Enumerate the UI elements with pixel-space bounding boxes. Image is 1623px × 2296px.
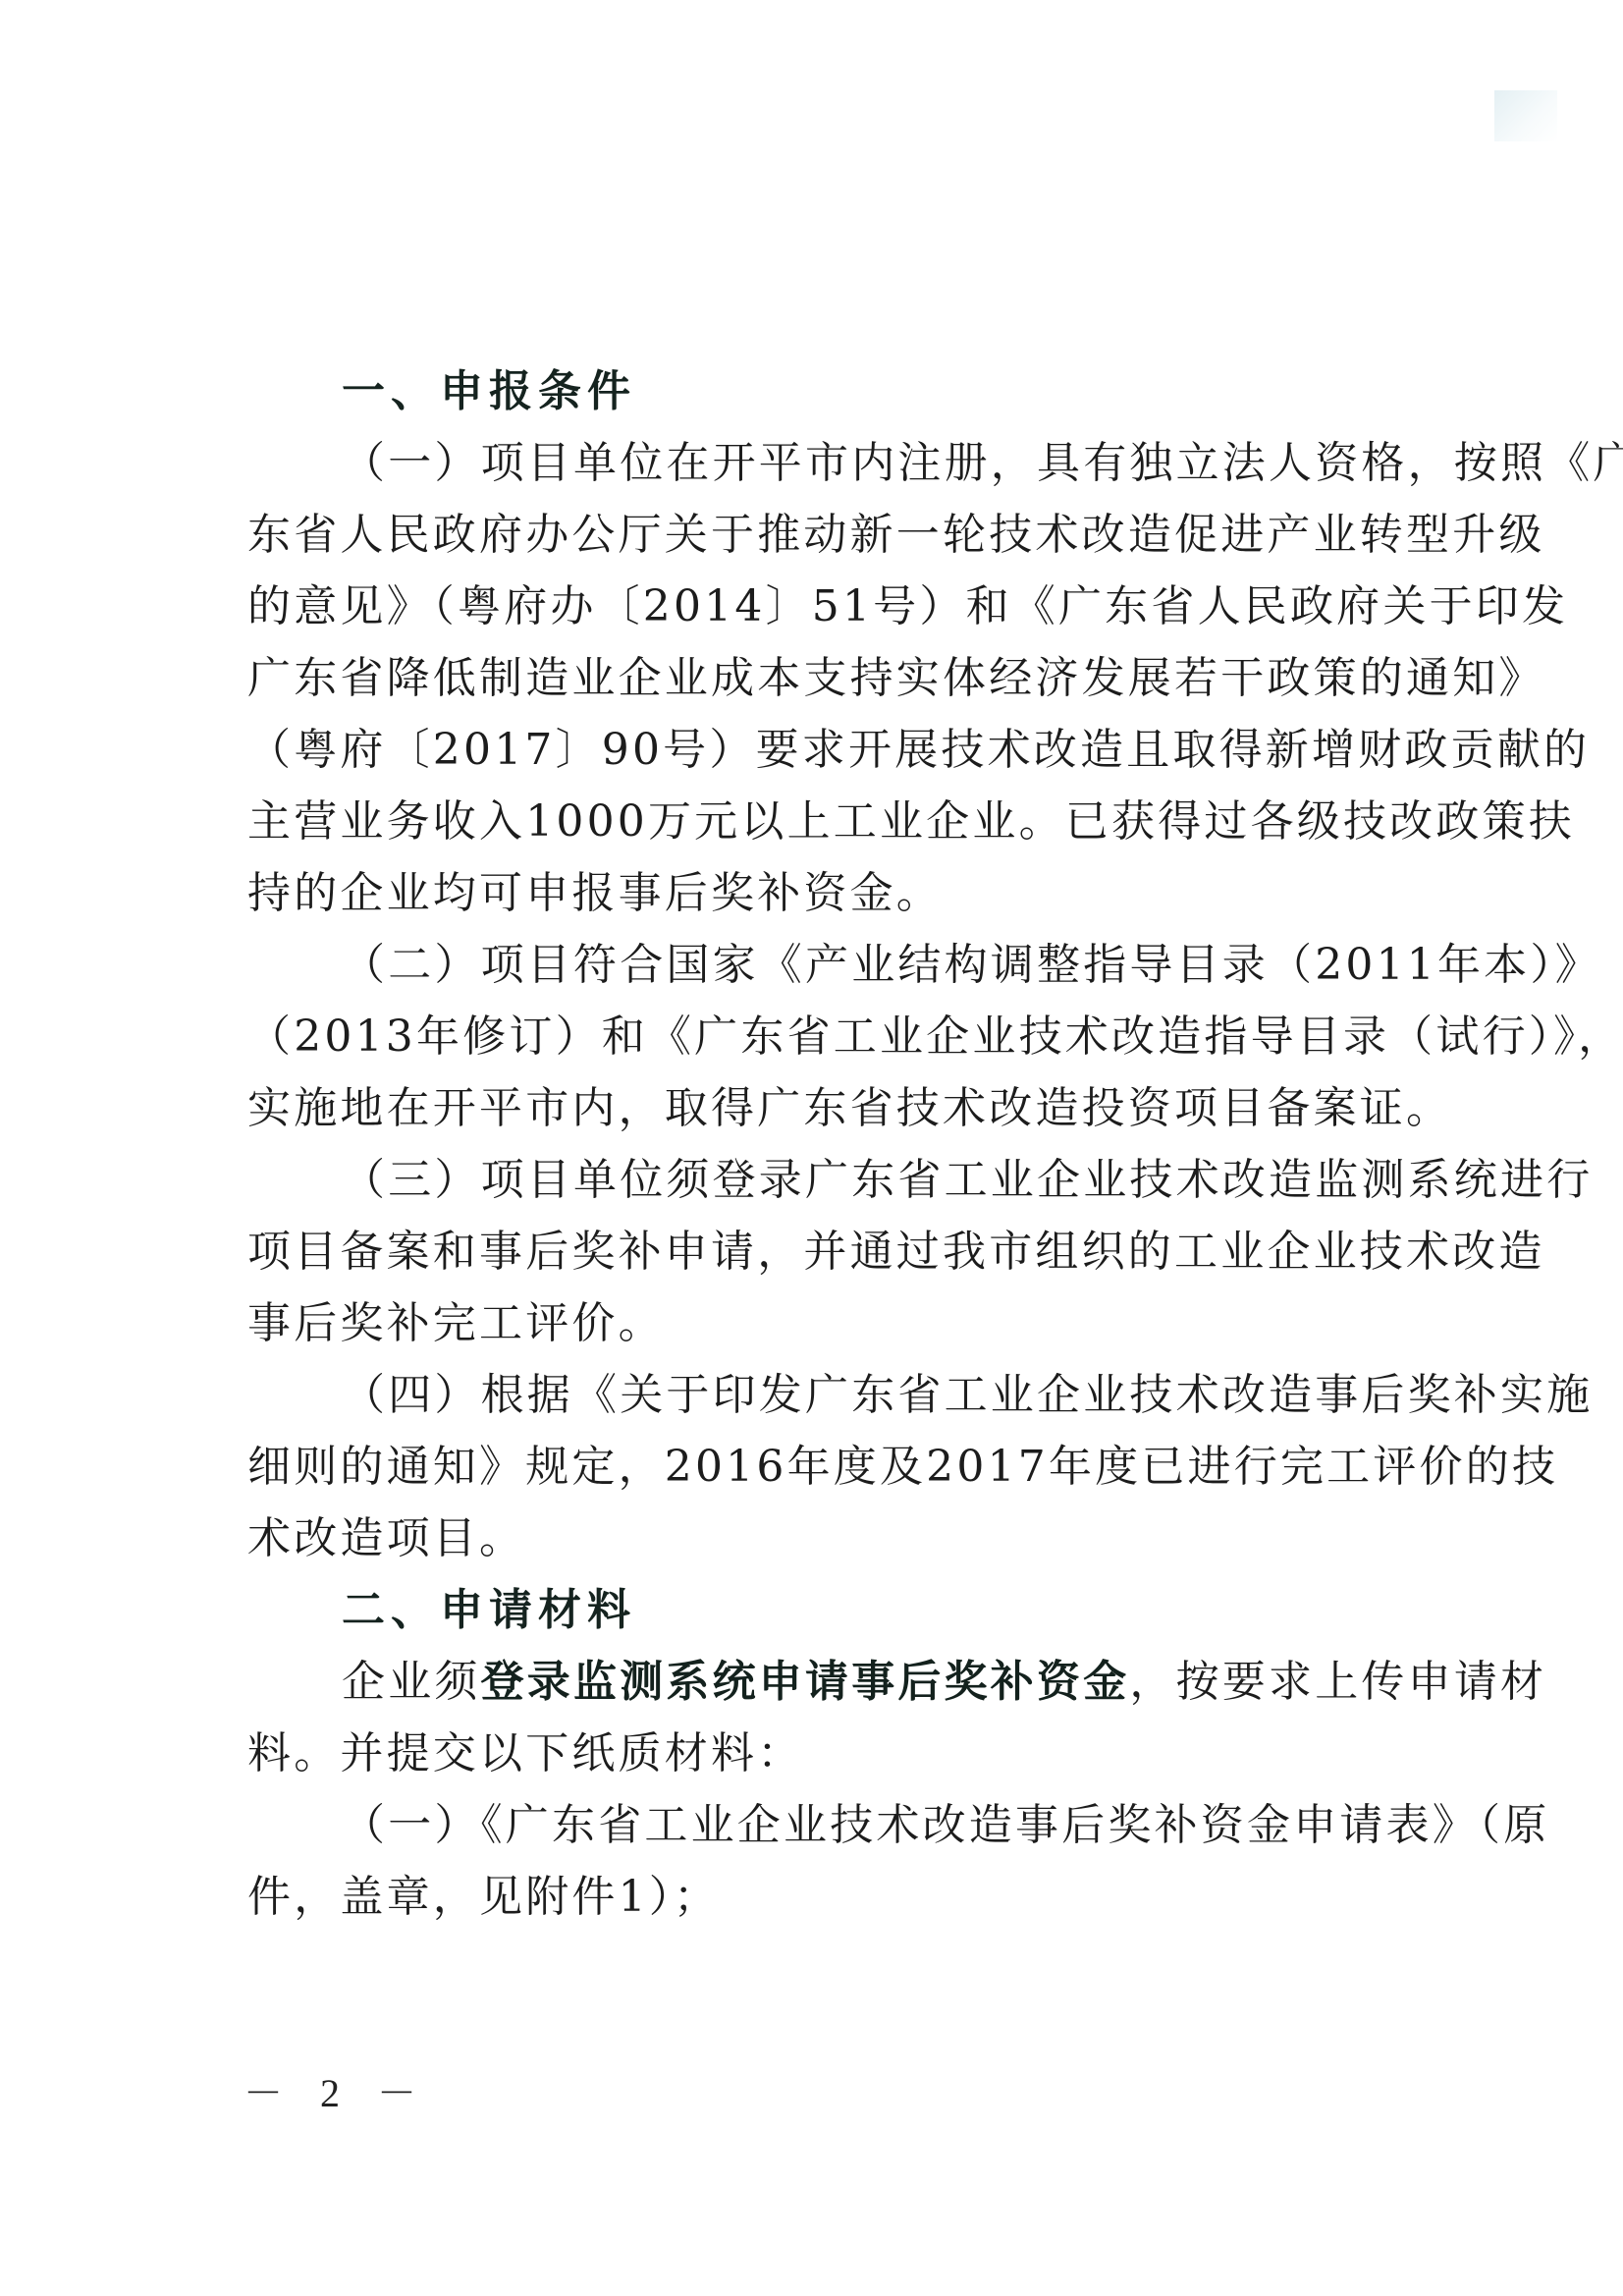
paragraph-material-1: （一）《广东省工业企业技术改造事后奖补资金申请表》（原 件，盖章，见附件1）； — [247, 1789, 1379, 1933]
text-line: 事后奖补完工评价。 — [247, 1287, 1379, 1359]
text-line: （三）项目单位须登录广东省工业企业技术改造监测系统进行 — [247, 1144, 1379, 1216]
text-line: 细则的通知》规定，2016年度及2017年度已进行完工评价的技 — [247, 1431, 1379, 1503]
intro-suffix: ，按要求上传申请材 — [1129, 1657, 1546, 1707]
text-line: 企业须登录监测系统申请事后奖补资金，按要求上传申请材 — [247, 1646, 1379, 1718]
text-line: 料。并提交以下纸质材料： — [247, 1718, 1379, 1789]
text-line: （二）项目符合国家《产业结构调整指导目录（2011年本）》 — [247, 929, 1379, 1001]
document-body: 一、申报条件 （一）项目单位在开平市内注册，具有独立法人资格，按照《广 东省人民… — [247, 355, 1379, 1933]
text-line: （粤府〔2017〕90号）要求开展技术改造且取得新增财政贡献的 — [247, 714, 1379, 786]
section-heading-application-materials: 二、申请材料 — [247, 1574, 1379, 1646]
text-line: 广东省降低制造业企业成本支持实体经济发展若干政策的通知》 — [247, 642, 1379, 714]
text-line: 主营业务收入1000万元以上工业企业。已获得过各级技改政策扶 — [247, 786, 1379, 857]
text-line: （一）项目单位在开平市内注册，具有独立法人资格，按照《广 — [247, 427, 1379, 499]
paragraph-condition-3: （三）项目单位须登录广东省工业企业技术改造监测系统进行 项目备案和事后奖补申请，… — [247, 1144, 1379, 1359]
text-line: （2013年修订）和《广东省工业企业技术改造指导目录（试行）》， — [247, 1001, 1379, 1072]
intro-emphasis: 登录监测系统申请事后奖补资金 — [481, 1657, 1130, 1707]
paragraph-condition-4: （四）根据《关于印发广东省工业企业技术改造事后奖补实施 细则的通知》规定，201… — [247, 1359, 1379, 1574]
paragraph-materials-intro: 企业须登录监测系统申请事后奖补资金，按要求上传申请材 料。并提交以下纸质材料： — [247, 1646, 1379, 1789]
document-page: 一、申报条件 （一）项目单位在开平市内注册，具有独立法人资格，按照《广 东省人民… — [0, 0, 1623, 2296]
text-line: 持的企业均可申报事后奖补资金。 — [247, 857, 1379, 929]
paragraph-condition-2: （二）项目符合国家《产业结构调整指导目录（2011年本）》 （2013年修订）和… — [247, 929, 1379, 1144]
page-number: － 2 － — [243, 2062, 430, 2118]
text-line: 项目备案和事后奖补申请，并通过我市组织的工业企业技术改造 — [247, 1216, 1379, 1287]
text-line: 件，盖章，见附件1）； — [247, 1861, 1379, 1933]
text-line: 术改造项目。 — [247, 1503, 1379, 1574]
paragraph-condition-1: （一）项目单位在开平市内注册，具有独立法人资格，按照《广 东省人民政府办公厅关于… — [247, 427, 1379, 929]
section-heading-application-conditions: 一、申报条件 — [247, 355, 1379, 427]
text-line: 的意见》（粤府办〔2014〕51号）和《广东省人民政府关于印发 — [247, 571, 1379, 642]
text-line: （一）《广东省工业企业技术改造事后奖补资金申请表》（原 — [247, 1789, 1379, 1861]
intro-prefix: 企业须 — [342, 1657, 481, 1707]
text-line: （四）根据《关于印发广东省工业企业技术改造事后奖补实施 — [247, 1359, 1379, 1431]
text-line: 实施地在开平市内，取得广东省技术改造投资项目备案证。 — [247, 1072, 1379, 1144]
text-line: 东省人民政府办公厅关于推动新一轮技术改造促进产业转型升级 — [247, 499, 1379, 571]
scan-artifact — [1494, 90, 1557, 141]
